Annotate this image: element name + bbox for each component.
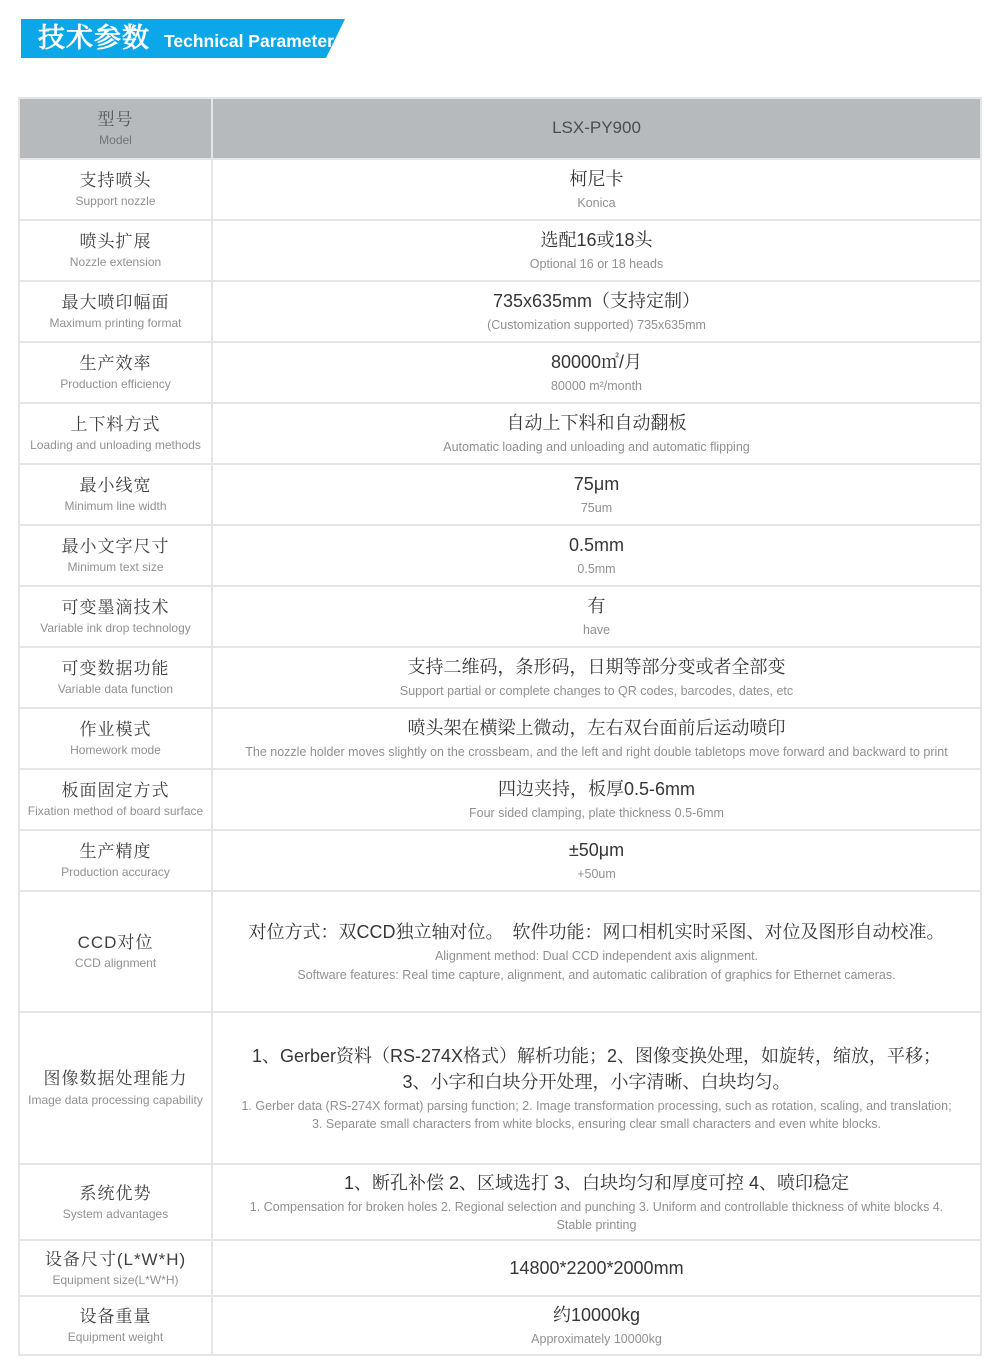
banner-title-zh: 技术参数 [38, 25, 150, 52]
param-value-zh: 四边夹持，板厚0.5-6mm [498, 776, 695, 802]
param-label-cell: 上下料方式Loading and unloading methods [20, 404, 211, 463]
param-value-cell: 喷头架在横梁上微动，左右双台面前后运动喷印The nozzle holder m… [213, 709, 980, 768]
param-label-zh: 设备重量 [80, 1306, 152, 1327]
param-value-en: Optional 16 or 18 heads [530, 255, 663, 273]
param-value-en: 0.5mm [577, 560, 615, 578]
param-value-en: (Customization supported) 735x635mm [487, 316, 706, 334]
table-row: CCD对位CCD alignment对位方式：双CCD独立轴对位。 软件功能：网… [20, 892, 980, 1011]
section-banner: 技术参数 Technical Parameter [21, 19, 345, 58]
param-label-cell: 设备重量Equipment weight [20, 1297, 211, 1353]
param-label-zh: 板面固定方式 [62, 780, 170, 801]
param-label-zh: 最大喷印幅面 [62, 292, 170, 313]
param-label-en: Production efficiency [60, 377, 171, 392]
param-label-zh: 系统优势 [80, 1183, 152, 1204]
table-row: 上下料方式Loading and unloading methods自动上下料和… [20, 404, 980, 463]
param-label-cell: 型号Model [20, 99, 211, 158]
param-value-zh: 选配16或18头 [540, 227, 652, 253]
param-label-zh: 最小线宽 [80, 475, 152, 496]
param-label-en: Maximum printing format [49, 316, 181, 331]
param-value-cell: ±50μm+50um [213, 831, 980, 890]
table-row: 生产效率Production efficiency80000㎡/月80000 m… [20, 343, 980, 402]
param-label-cell: 系统优势System advantages [20, 1165, 211, 1239]
table-row: 生产精度Production accuracy±50μm+50um [20, 831, 980, 890]
param-label-cell: 可变数据功能Variable data function [20, 648, 211, 707]
param-label-cell: 生产效率Production efficiency [20, 343, 211, 402]
param-value-en: Konica [577, 194, 615, 212]
param-label-en: Model [99, 133, 132, 148]
param-value-zh: 1、Gerber资料（RS-274X格式）解析功能；2、图像变换处理，如旋转，缩… [252, 1043, 941, 1095]
param-label-en: System advantages [63, 1207, 168, 1222]
table-row: 设备重量Equipment weight约10000kgApproximatel… [20, 1297, 980, 1353]
param-label-en: Image data processing capability [28, 1093, 203, 1108]
table-row: 最小文字尺寸Minimum text size0.5mm0.5mm [20, 526, 980, 585]
param-label-zh: 喷头扩展 [80, 231, 152, 252]
param-value-cell: 自动上下料和自动翻板Automatic loading and unloadin… [213, 404, 980, 463]
table-row: 可变墨滴技术Variable ink drop technology有have [20, 587, 980, 646]
param-value-zh: 对位方式：双CCD独立轴对位。 软件功能：网口相机实时采图、对位及图形自动校准。 [249, 919, 945, 945]
param-value-zh: 75μm [574, 471, 619, 497]
param-label-en: Fixation method of board surface [28, 804, 203, 819]
param-value-zh: 喷头架在横梁上微动，左右双台面前后运动喷印 [408, 715, 786, 741]
param-value-en: Alignment method: Dual CCD independent a… [297, 947, 895, 983]
table-row: 可变数据功能Variable data function支持二维码，条形码，日期… [20, 648, 980, 707]
banner-title-en: Technical Parameter [164, 33, 334, 51]
param-value-en: Support partial or complete changes to Q… [400, 682, 793, 700]
param-label-zh: CCD对位 [78, 932, 154, 953]
param-value-zh: 1、断孔补偿 2、区域选打 3、白块均匀和厚度可控 4、喷印稳定 [344, 1170, 849, 1196]
param-label-zh: 上下料方式 [71, 414, 161, 435]
param-label-en: Equipment size(L*W*H) [52, 1273, 178, 1288]
param-value-zh: 735x635mm（支持定制） [493, 288, 700, 314]
table-row: 系统优势System advantages1、断孔补偿 2、区域选打 3、白块均… [20, 1165, 980, 1239]
param-value-zh: 自动上下料和自动翻板 [507, 410, 687, 436]
param-value-zh: 0.5mm [569, 532, 624, 558]
param-label-cell: 设备尺寸(L*W*H)Equipment size(L*W*H) [20, 1241, 211, 1295]
param-label-en: Variable ink drop technology [40, 621, 191, 636]
param-value-cell: 0.5mm0.5mm [213, 526, 980, 585]
param-value-cell: 约10000kgApproximately 10000kg [213, 1297, 980, 1353]
table-row: 喷头扩展Nozzle extension选配16或18头Optional 16 … [20, 221, 980, 280]
table-row: 板面固定方式Fixation method of board surface四边… [20, 770, 980, 829]
param-value-cell: 735x635mm（支持定制）(Customization supported)… [213, 282, 980, 341]
param-value-en: have [583, 621, 610, 639]
table-row: 支持喷头Support nozzle柯尼卡Konica [20, 160, 980, 219]
param-value-zh: 柯尼卡 [570, 166, 624, 192]
param-label-zh: 可变墨滴技术 [62, 597, 170, 618]
param-value-cell: 14800*2200*2000mm [213, 1241, 980, 1295]
param-value-cell: LSX-PY900 [213, 99, 980, 158]
param-value-cell: 四边夹持，板厚0.5-6mmFour sided clamping, plate… [213, 770, 980, 829]
param-label-en: Support nozzle [75, 194, 155, 209]
param-label-en: Variable data function [58, 682, 173, 697]
param-value-zh: ±50μm [569, 837, 624, 863]
table-row: 作业模式Homework mode喷头架在横梁上微动，左右双台面前后运动喷印Th… [20, 709, 980, 768]
param-value-cell: 有have [213, 587, 980, 646]
param-value-cell: 80000㎡/月80000 m²/month [213, 343, 980, 402]
param-value-zh: 支持二维码，条形码，日期等部分变或者全部变 [408, 654, 786, 680]
param-label-zh: 最小文字尺寸 [62, 536, 170, 557]
param-label-zh: 作业模式 [80, 719, 152, 740]
param-value-cell: 选配16或18头Optional 16 or 18 heads [213, 221, 980, 280]
param-label-zh: 生产效率 [80, 353, 152, 374]
param-label-en: Minimum text size [67, 560, 163, 575]
param-label-en: Loading and unloading methods [30, 438, 201, 453]
param-value-en: 1. Compensation for broken holes 2. Regi… [239, 1198, 954, 1234]
param-label-zh: 生产精度 [80, 841, 152, 862]
param-label-cell: 最小文字尺寸Minimum text size [20, 526, 211, 585]
param-label-zh: 支持喷头 [80, 170, 152, 191]
param-label-en: CCD alignment [75, 956, 156, 971]
param-value-en: Approximately 10000kg [531, 1330, 662, 1348]
param-label-cell: 图像数据处理能力Image data processing capability [20, 1013, 211, 1163]
param-value-en: +50um [577, 865, 616, 883]
param-label-en: Equipment weight [68, 1330, 163, 1345]
param-value-en: 1. Gerber data (RS-274X format) parsing … [241, 1097, 951, 1133]
param-label-cell: 生产精度Production accuracy [20, 831, 211, 890]
table-row: 图像数据处理能力Image data processing capability… [20, 1013, 980, 1163]
param-value-en: 75um [581, 499, 612, 517]
param-value-cell: 1、断孔补偿 2、区域选打 3、白块均匀和厚度可控 4、喷印稳定1. Compe… [213, 1165, 980, 1239]
param-label-en: Homework mode [70, 743, 161, 758]
param-value-cell: 柯尼卡Konica [213, 160, 980, 219]
param-label-en: Production accuracy [61, 865, 170, 880]
param-value-zh: 14800*2200*2000mm [509, 1255, 683, 1281]
param-label-en: Nozzle extension [70, 255, 161, 270]
param-label-zh: 可变数据功能 [62, 658, 170, 679]
param-value-en: Four sided clamping, plate thickness 0.5… [469, 804, 724, 822]
param-label-zh: 图像数据处理能力 [44, 1068, 188, 1089]
param-label-zh: 型号 [98, 109, 134, 130]
param-value-cell: 75μm75um [213, 465, 980, 524]
param-label-cell: 可变墨滴技术Variable ink drop technology [20, 587, 211, 646]
table-row: 最小线宽Minimum line width75μm75um [20, 465, 980, 524]
param-label-cell: 喷头扩展Nozzle extension [20, 221, 211, 280]
param-value-zh: 有 [588, 593, 606, 619]
param-value-zh: 约10000kg [553, 1302, 640, 1328]
param-value-zh: 80000㎡/月 [551, 349, 642, 375]
table-row: 设备尺寸(L*W*H)Equipment size(L*W*H)14800*22… [20, 1241, 980, 1295]
param-label-en: Minimum line width [64, 499, 166, 514]
param-value-cell: 对位方式：双CCD独立轴对位。 软件功能：网口相机实时采图、对位及图形自动校准。… [213, 892, 980, 1011]
param-label-cell: 作业模式Homework mode [20, 709, 211, 768]
param-value-cell: 1、Gerber资料（RS-274X格式）解析功能；2、图像变换处理，如旋转，缩… [213, 1013, 980, 1163]
param-label-cell: 板面固定方式Fixation method of board surface [20, 770, 211, 829]
param-value-en: Automatic loading and unloading and auto… [443, 438, 749, 456]
param-label-zh: 设备尺寸(L*W*H) [45, 1249, 186, 1270]
parameter-table: 型号ModelLSX-PY900支持喷头Support nozzle柯尼卡Kon… [18, 97, 982, 1356]
param-value-zh: LSX-PY900 [552, 116, 641, 141]
param-label-cell: 最大喷印幅面Maximum printing format [20, 282, 211, 341]
param-label-cell: 最小线宽Minimum line width [20, 465, 211, 524]
table-row: 最大喷印幅面Maximum printing format735x635mm（支… [20, 282, 980, 341]
param-value-en: 80000 m²/month [551, 377, 642, 395]
table-header-row: 型号ModelLSX-PY900 [20, 99, 980, 158]
param-value-cell: 支持二维码，条形码，日期等部分变或者全部变Support partial or … [213, 648, 980, 707]
param-label-cell: 支持喷头Support nozzle [20, 160, 211, 219]
param-value-en: The nozzle holder moves slightly on the … [245, 743, 947, 761]
param-label-cell: CCD对位CCD alignment [20, 892, 211, 1011]
